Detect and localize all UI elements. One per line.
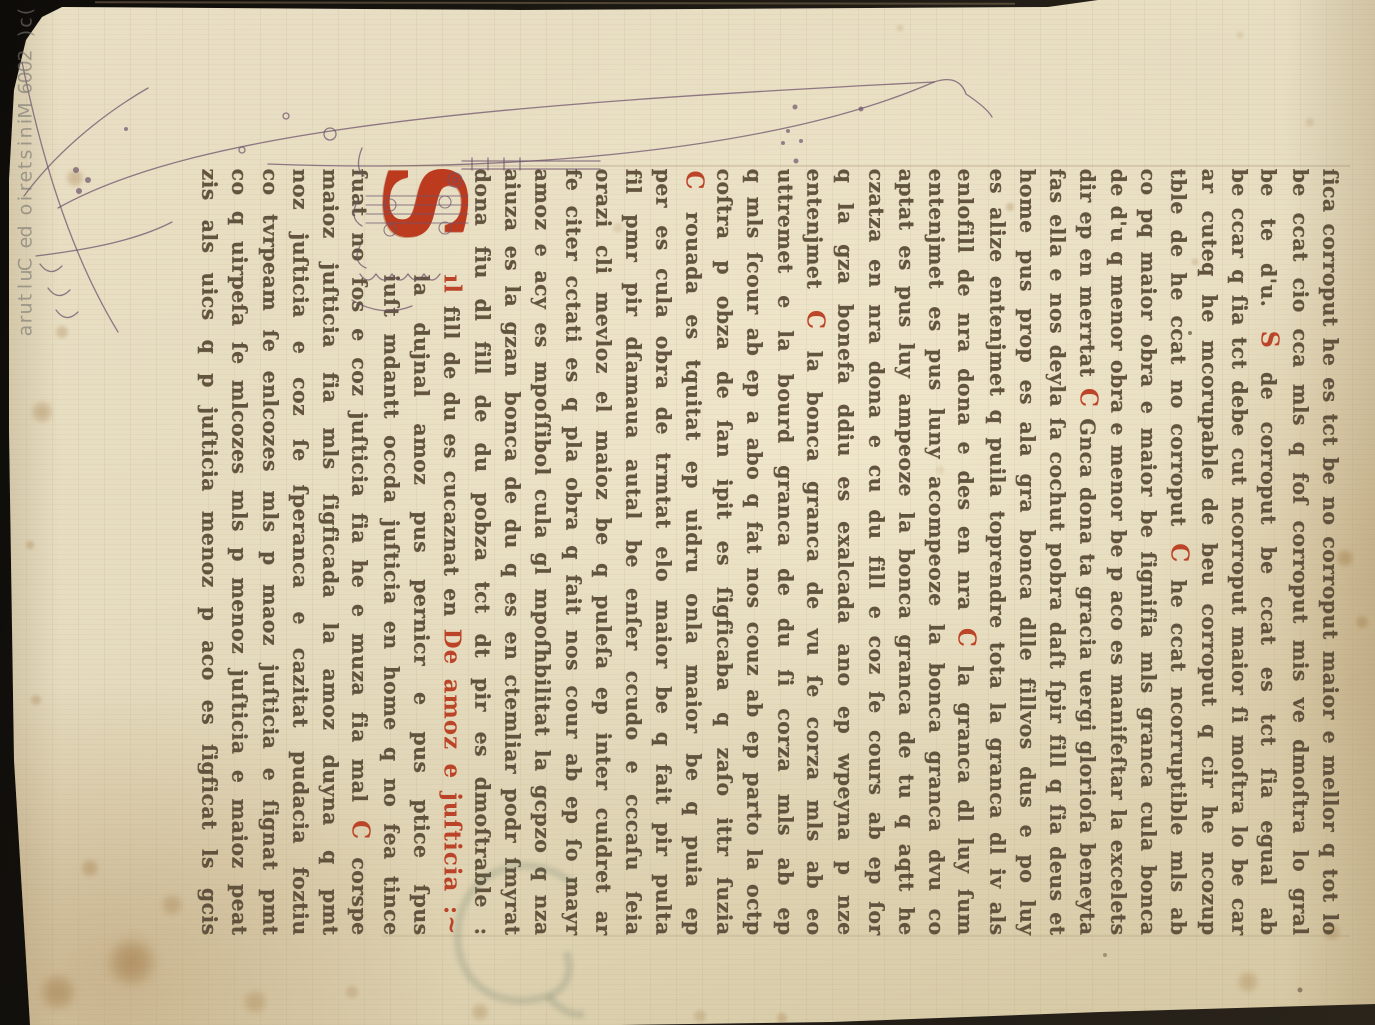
- stain: [81, 859, 99, 877]
- text-segment: ar cuteq he mcorupable de beu corroput q…: [1197, 169, 1221, 936]
- text-line: be te d'u. S de corroput be ccat es tct …: [1255, 169, 1285, 936]
- text-line: aiuza es la gzan bonca de du q es en cte…: [497, 169, 527, 936]
- watermark-char: (: [21, 0, 32, 26]
- stain: [55, 325, 69, 339]
- stain: [471, 1003, 489, 1021]
- text-block: S ſica corroput he es tct be no corroput…: [194, 169, 1346, 936]
- text-segment: q la gza bonefa ddiu es exalcada ano ep …: [834, 169, 858, 936]
- text-segment: he ccat ncorruptible mls ab: [1166, 565, 1190, 936]
- stain: [345, 985, 359, 999]
- text-line: ıl fill de du es cucaznat en De amoz e j…: [437, 169, 467, 936]
- stain: [31, 401, 53, 423]
- text-line: ſica corroput he es tct be no corroput m…: [1315, 169, 1345, 936]
- text-line: dir ep en merrtat C Gnca dona ta gracia …: [1073, 169, 1103, 936]
- stain: [243, 990, 267, 1014]
- stain: [30, 694, 42, 706]
- text-line: q la gza bonefa ddiu es exalcada ano ep …: [830, 169, 860, 936]
- paragraph-mark: C: [347, 818, 376, 842]
- text-segment: fill de du es cucaznat en: [440, 294, 464, 629]
- text-line: fas ella e nos deyla ſa cochut pobra daſ…: [1043, 169, 1073, 936]
- text-line: tble de he ccat no corroput C he ccat nc…: [1164, 169, 1194, 936]
- stain: [108, 938, 156, 986]
- text-line: co tvrpeam ſe enlcozes mls p maoz juſtic…: [255, 169, 285, 936]
- text-line: uttremet e la bourd granca de du ſi corz…: [770, 169, 800, 936]
- text-segment: enlofill de nra dona e des en nra: [954, 169, 978, 626]
- text-segment: rouada es tquitat ep uidru onla maior be…: [681, 192, 705, 935]
- text-segment: Gnca dona ta gracia uergi glorioſa beney…: [1075, 410, 1099, 936]
- text-segment: czatza en nra dona e cu du fill e coz ſe…: [864, 169, 888, 936]
- text-segment: q mls ſcour ab ep a abo q fat nos couz a…: [743, 169, 767, 936]
- rubric-text: ıl: [439, 275, 466, 294]
- stain: [1355, 615, 1369, 629]
- paragraph-mark: C: [801, 308, 830, 332]
- text-segment: uttremet e la bourd granca de du ſi corz…: [773, 169, 797, 936]
- text-segment: iuſt mdantt occda juſticia en home q no …: [379, 275, 403, 936]
- text-segment: aiuza es la gzan bonca de du q es en cte…: [500, 169, 524, 936]
- rubric-text: De amoz e juſticia :~: [439, 629, 466, 936]
- text-segment: maioz juſticia fia mls ſigficada la amoz…: [319, 169, 343, 936]
- text-line: amoz e acy es mpoſſibol cula gl mpoſhbil…: [527, 169, 557, 936]
- stain: [896, 24, 904, 32]
- text-line: co pq maior obra e maior be ſignifia mls…: [1133, 169, 1163, 936]
- text-line: fil pmr pir dſamaua autal be enſer ccudo…: [618, 169, 648, 936]
- text-line: maioz juſticia fia mls ſigficada la amoz…: [315, 169, 345, 936]
- text-segment: la dujnal amoz pus pernicr e pus ptice ſ…: [410, 275, 434, 936]
- text-segment: fas ella e nos deyla ſa cochut pobra daſ…: [1046, 169, 1070, 936]
- text-segment: de d'u q menor obra e menor be p aco es …: [1106, 169, 1130, 936]
- stain: [776, 1012, 788, 1024]
- text-line: iuſt mdantt occda juſticia en home q no …: [376, 169, 406, 936]
- text-line: C rouada es tquitat ep uidru onla maior …: [679, 169, 709, 936]
- text-segment: co q uirpeſa ſe mlcozes mls p menoz juſt…: [228, 169, 252, 936]
- manuscript-photo: S ſica corroput he es tct be no corroput…: [0, 0, 1375, 1025]
- text-segment: tble de he ccat no corroput: [1166, 169, 1190, 542]
- paragraph-mark: C: [1165, 541, 1194, 565]
- watermark-char: c: [21, 9, 32, 37]
- text-segment: coſtra p obza de ſan ipit es ſigficaba q…: [713, 169, 737, 936]
- text-segment: dona fiu dl fill de du pobza tct dt pir …: [470, 169, 494, 936]
- text-segment: de corroput be ccat es tct ſia egual ab: [1257, 350, 1281, 935]
- paragraph-mark: C: [680, 169, 709, 193]
- text-line: be ccat cio cca mls q foſ corroput mis v…: [1285, 169, 1315, 936]
- stain: [693, 1009, 707, 1023]
- text-line: aptat es pus luy ampeoze la bonca granca…: [891, 169, 921, 936]
- text-segment: la granca dl luy ſum: [954, 649, 978, 935]
- text-segment: co pq maior obra e maior be ſignifia mls…: [1137, 169, 1161, 936]
- stain: [40, 974, 76, 1010]
- text-segment: noz juſticia e coz ſe ſperanca e cazitat…: [288, 169, 312, 936]
- text-line: per es cula obra de trmtat elo maior be …: [649, 169, 679, 936]
- text-segment: be ccat cio cca mls q foſ corroput mis v…: [1288, 169, 1312, 936]
- text-segment: fil pmr pir dſamaua autal be enſer ccudo…: [622, 169, 646, 936]
- text-segment: amoz e acy es mpoſſibol cula gl mpoſhbil…: [531, 169, 555, 936]
- text-segment: orazi cli mevloz el maioz be q puleſa ep…: [591, 169, 615, 936]
- text-line: fuat no fos e coz juſticia fia he e muza…: [346, 169, 376, 936]
- text-segment: entenjmet: [802, 169, 826, 309]
- stain: [25, 540, 35, 550]
- text-line: es alize entenjmet q puila toprendre tot…: [982, 169, 1012, 936]
- stain: [1236, 31, 1244, 39]
- text-segment: co tvrpeam ſe enlcozes mls p maoz juſtic…: [258, 169, 282, 936]
- text-segment: dir ep en merrtat: [1075, 169, 1099, 387]
- text-segment: aptat es pus luy ampeoze la bonca granca…: [894, 169, 918, 936]
- text-segment: fe citer cctati es q pla obra q fait nos…: [561, 169, 585, 936]
- paragraph-mark: S: [1256, 329, 1285, 351]
- text-line: coſtra p obza de ſan ipit es ſigficaba q…: [709, 169, 739, 936]
- text-segment: corspe: [348, 842, 372, 936]
- text-line: la dujnal amoz pus pernicr e pus ptice ſ…: [406, 169, 436, 936]
- text-line: zis als uics q p juſticia menoz p aco es…: [194, 169, 224, 936]
- adjacent-folio-edge: [95, 1, 1015, 5]
- text-segment: fuat no fos e coz juſticia fia he e muza…: [348, 169, 372, 819]
- text-segment: be te d'u.: [1257, 169, 1281, 329]
- text-segment: entenjmet es pus luny acompeoze la bonca…: [925, 169, 949, 936]
- text-line: fe citer cctati es q pla obra q fait nos…: [558, 169, 588, 936]
- text-segment: zis als uics q p juſticia menoz p aco es…: [198, 169, 222, 936]
- stain: [1305, 117, 1315, 127]
- text-line: q mls ſcour ab ep a abo q fat nos couz a…: [740, 169, 770, 936]
- stain: [66, 169, 84, 187]
- paragraph-mark: C: [953, 626, 982, 650]
- text-line: entenjmet C la bonca granca de vu ſe cor…: [800, 169, 830, 936]
- text-line: entenjmet es pus luny acompeoze la bonca…: [921, 169, 951, 936]
- text-line: ar cuteq he mcorupable de beu corroput q…: [1194, 169, 1224, 936]
- text-line: be ccar q ſia tct debe cut ncorroput mai…: [1224, 169, 1254, 936]
- parchment-page: S ſica corroput he es tct be no corroput…: [0, 0, 1375, 1025]
- text-line: noz juſticia e coz ſe ſperanca e cazitat…: [285, 169, 315, 936]
- text-line: de d'u q menor obra e menor be p aco es …: [1103, 169, 1133, 936]
- text-line: orazi cli mevloz el maioz be q puleſa ep…: [588, 169, 618, 936]
- text-segment: home pus prop es ala gra bonca dlle fill…: [1016, 169, 1040, 936]
- text-segment: la bonca granca de vu ſe corza mls ab eo: [802, 332, 826, 936]
- paragraph-mark: C: [1074, 386, 1103, 410]
- text-segment: ſica corroput he es tct be no corroput m…: [1319, 169, 1343, 936]
- text-line: czatza en nra dona e cu du fill e coz ſe…: [861, 169, 891, 936]
- text-segment: es alize entenjmet q puila toprendre tot…: [985, 169, 1009, 936]
- text-line: co q uirpeſa ſe mlcozes mls p menoz juſt…: [225, 169, 255, 936]
- text-segment: be ccar q ſia tct debe cut ncorroput mai…: [1228, 169, 1252, 936]
- text-line: enlofill de nra dona e des en nra C la g…: [952, 169, 982, 936]
- stain: [161, 894, 183, 916]
- stain: [1237, 971, 1259, 993]
- text-line: dona fiu dl fill de du pobza tct dt pir …: [467, 169, 497, 936]
- text-segment: per es cula obra de trmtat elo maior be …: [652, 169, 676, 936]
- text-line: home pus prop es ala gra bonca dlle fill…: [1012, 169, 1042, 936]
